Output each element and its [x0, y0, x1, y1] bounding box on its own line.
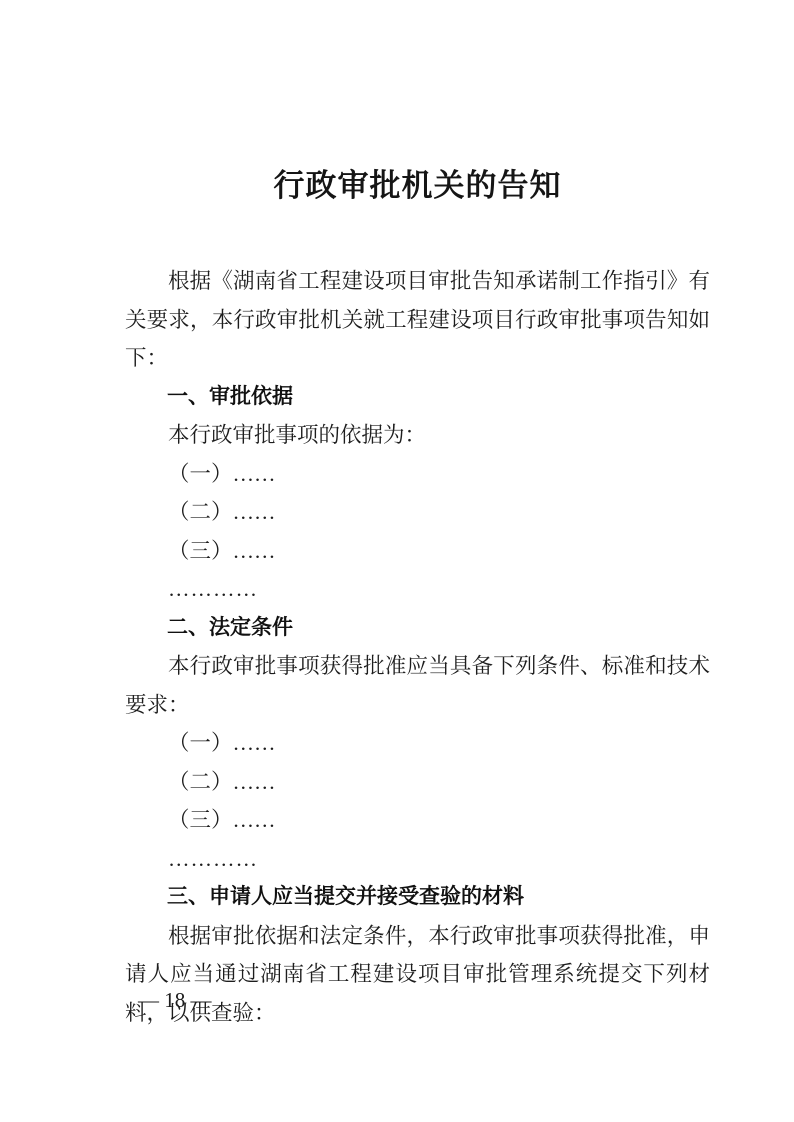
section-3-heading: 三、申请人应当提交并接受查验的材料: [125, 878, 710, 917]
section-1-item-1: （一）……: [125, 455, 710, 494]
section-1-lead: 本行政审批事项的依据为：: [125, 416, 710, 455]
document-body: 根据《湖南省工程建设项目审批告知承诺制工作指引》有关要求，本行政审批机关就工程建…: [125, 262, 710, 1032]
section-2-heading: 二、法定条件: [125, 609, 710, 648]
document-title: 行政审批机关的告知: [125, 168, 710, 204]
intro-paragraph: 根据《湖南省工程建设项目审批告知承诺制工作指引》有关要求，本行政审批机关就工程建…: [125, 262, 710, 378]
section-2-item-2: （二）……: [125, 763, 710, 802]
section-2-item-1: （一）……: [125, 724, 710, 763]
page-number: — 18 —: [138, 988, 212, 1013]
section-1-item-3: （三）……: [125, 532, 710, 571]
section-1-item-2: （二）……: [125, 493, 710, 532]
section-2-ellipsis: …………: [125, 840, 710, 879]
section-1-ellipsis: …………: [125, 570, 710, 609]
section-3-lead: 根据审批依据和法定条件，本行政审批事项获得批准，申请人应当通过湖南省工程建设项目…: [125, 917, 710, 1033]
section-2-item-3: （三）……: [125, 801, 710, 840]
document-page: 行政审批机关的告知 根据《湖南省工程建设项目审批告知承诺制工作指引》有关要求，本…: [0, 0, 794, 1122]
section-2-lead: 本行政审批事项获得批准应当具备下列条件、标准和技术要求：: [125, 647, 710, 724]
section-1-heading: 一、审批依据: [125, 378, 710, 417]
